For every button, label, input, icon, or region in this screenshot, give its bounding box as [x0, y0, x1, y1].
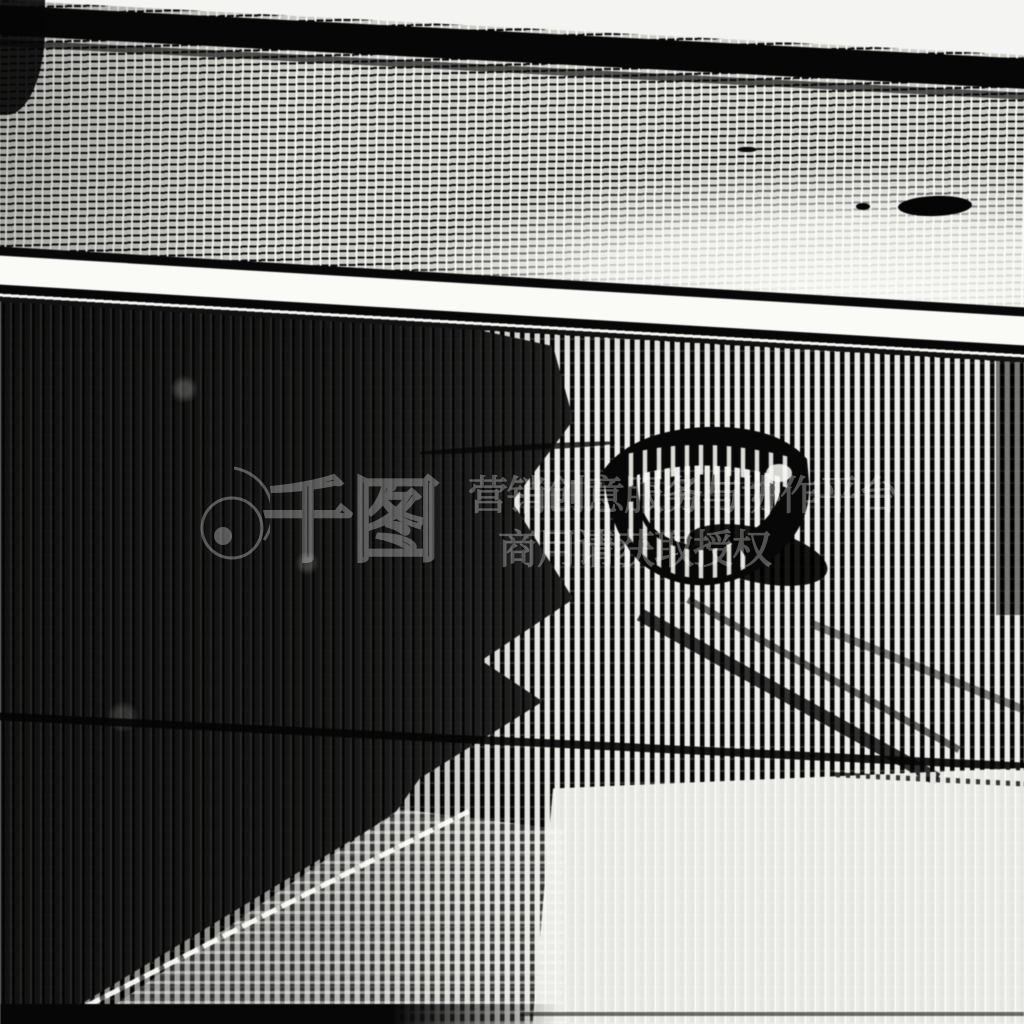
engraving-art-layer — [0, 0, 1024, 1024]
panel-right-edge-shadow — [996, 345, 1024, 615]
bottom-edge-shadow-band — [0, 1004, 560, 1024]
handle-right-highlight — [766, 464, 792, 482]
wood-knot-dot — [856, 203, 870, 210]
engraving-canvas: 千图 营销创意服务与协作平台 商用请获取授权 — [0, 0, 1024, 1024]
drawer-drop-handle — [575, 415, 835, 625]
tabletop-scratch-mark — [738, 147, 756, 152]
bottom-edge-line — [520, 1012, 1024, 1016]
